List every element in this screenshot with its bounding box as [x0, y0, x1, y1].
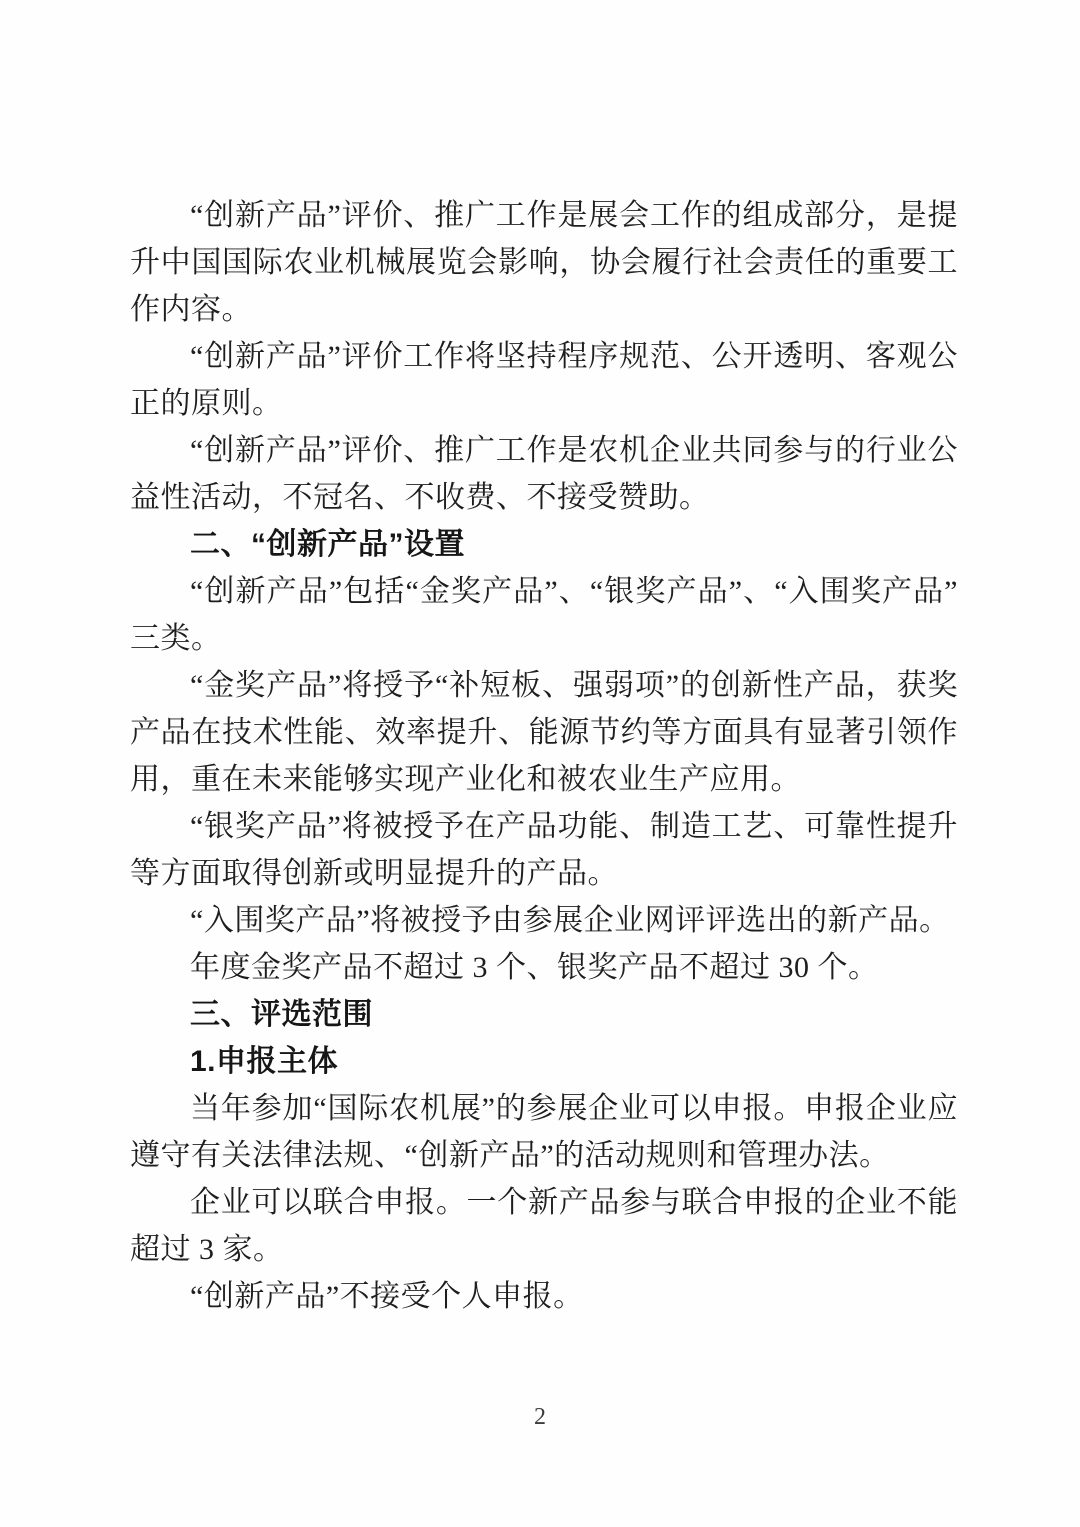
paragraph-intro-overview: “创新产品”评价、推广工作是展会工作的组成部分，是提升中国国际农业机械展览会影响…	[130, 192, 958, 333]
paragraph-silver-award: “银奖产品”将被授予在产品功能、制造工艺、可靠性提升等方面取得创新或明显提升的产…	[130, 803, 958, 897]
document-body: “创新产品”评价、推广工作是展会工作的组成部分，是提升中国国际农业机械展览会影响…	[130, 192, 958, 1320]
paragraph-eligibility: 当年参加“国际农机展”的参展企业可以申报。申报企业应遵守有关法律法规、“创新产品…	[130, 1085, 958, 1179]
paragraph-finalist-award: “入围奖产品”将被授予由参展企业网评评选出的新产品。	[130, 897, 958, 944]
document-page: “创新产品”评价、推广工作是展会工作的组成部分，是提升中国国际农业机械展览会影响…	[0, 0, 1080, 1527]
paragraph-no-individuals: “创新产品”不接受个人申报。	[130, 1273, 958, 1320]
page-number: 2	[0, 1402, 1080, 1432]
paragraph-principles: “创新产品”评价工作将坚持程序规范、公开透明、客观公正的原则。	[130, 333, 958, 427]
paragraph-award-limits: 年度金奖产品不超过 3 个、银奖产品不超过 30 个。	[130, 944, 958, 991]
paragraph-public-welfare: “创新产品”评价、推广工作是农机企业共同参与的行业公益性活动，不冠名、不收费、不…	[130, 427, 958, 521]
subsection-heading-applicant: 1.申报主体	[130, 1038, 958, 1085]
section-heading-3-scope: 三、评选范围	[130, 991, 958, 1038]
paragraph-gold-award: “金奖产品”将授予“补短板、强弱项”的创新性产品，获奖产品在技术性能、效率提升、…	[130, 662, 958, 803]
section-heading-2-setup: 二、“创新产品”设置	[130, 521, 958, 568]
paragraph-joint-application: 企业可以联合申报。一个新产品参与联合申报的企业不能超过 3 家。	[130, 1179, 958, 1273]
paragraph-award-categories: “创新产品”包括“金奖产品”、“银奖产品”、“入围奖产品”三类。	[130, 568, 958, 662]
